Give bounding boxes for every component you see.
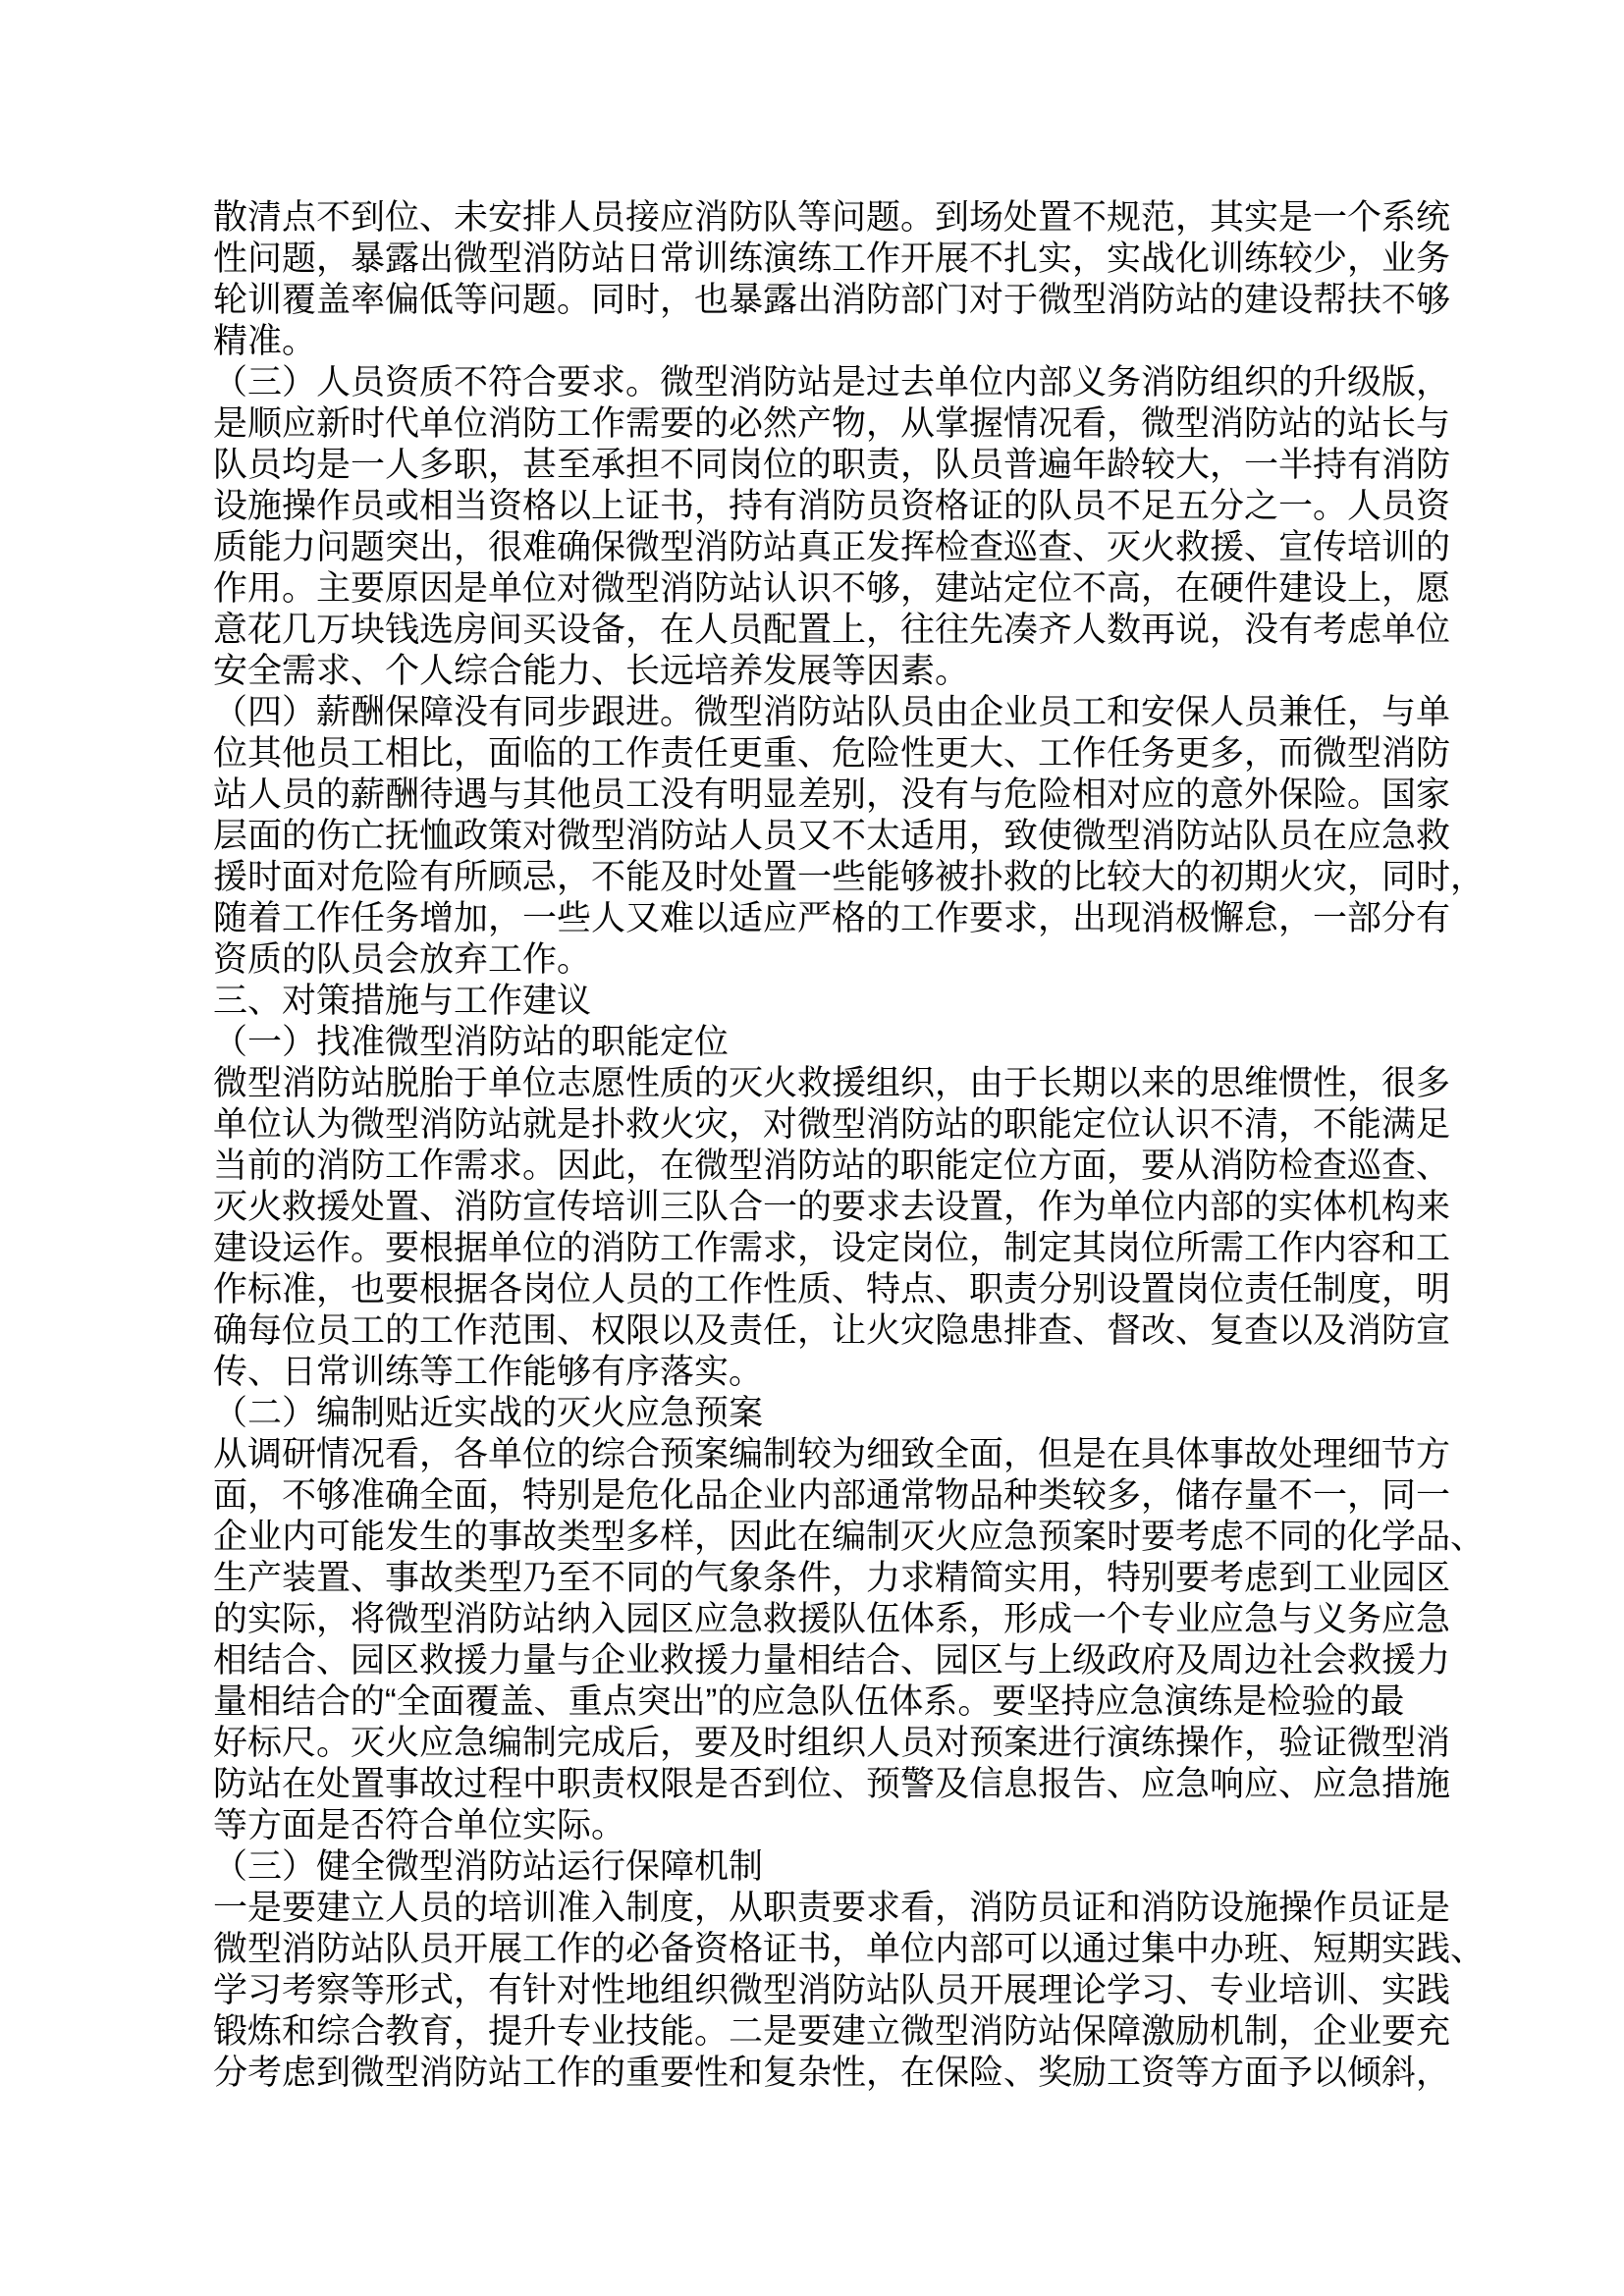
text-line: 设施操作员或相当资格以上证书，持有消防员资格证的队员不足五分之一。人员资 — [213, 486, 1460, 527]
text-line: 量相结合的“全面覆盖、重点突出”的应急队伍体系。要坚持应急演练是检验的最 — [213, 1682, 1460, 1723]
text-line: 面，不够准确全面，特别是危化品企业内部通常物品种类较多，储存量不一，同一 — [213, 1475, 1460, 1517]
text-line: （三）健全微型消防站运行保障机制 — [213, 1846, 1460, 1888]
text-line: 层面的伤亡抚恤政策对微型消防站人员又不太适用，致使微型消防站队员在应急救 — [213, 816, 1460, 857]
text-line: 性问题，暴露出微型消防站日常训练演练工作开展不扎实，实战化训练较少，业务 — [213, 239, 1460, 280]
text-line: 等方面是否符合单位实际。 — [213, 1805, 1460, 1846]
text-line: 传、日常训练等工作能够有序落实。 — [213, 1352, 1460, 1393]
text-line: 援时面对危险有所顾忌，不能及时处置一些能够被扑救的比较大的初期火灾，同时， — [213, 857, 1460, 898]
text-line: 精准。 — [213, 321, 1460, 362]
text-line: （四）薪酬保障没有同步跟进。微型消防站队员由企业员工和安保人员兼任，与单 — [213, 692, 1460, 733]
text-line: 资质的队员会放弃工作。 — [213, 939, 1460, 981]
text-line: 确每位员工的工作范围、权限以及责任，让火灾隐患排查、督改、复查以及消防宣 — [213, 1310, 1460, 1352]
text-line: 作用。主要原因是单位对微型消防站认识不够，建站定位不高，在硬件建设上，愿 — [213, 568, 1460, 610]
text-line: 灭火救援处置、消防宣传培训三队合一的要求去设置，作为单位内部的实体机构来 — [213, 1187, 1460, 1228]
text-line: 作标准，也要根据各岗位人员的工作性质、特点、职责分别设置岗位责任制度，明 — [213, 1269, 1460, 1310]
text-line: 轮训覆盖率偏低等问题。同时，也暴露出消防部门对于微型消防站的建设帮扶不够 — [213, 280, 1460, 321]
document-text-block: 散清点不到位、未安排人员接应消防队等问题。到场处置不规范，其实是一个系统性问题，… — [213, 197, 1460, 2094]
text-line: 锻炼和综合教育，提升专业技能。二是要建立微型消防站保障激励机制，企业要充 — [213, 2011, 1460, 2053]
text-line: 安全需求、个人综合能力、长远培养发展等因素。 — [213, 651, 1460, 692]
text-line: 是顺应新时代单位消防工作需要的必然产物，从掌握情况看，微型消防站的站长与 — [213, 403, 1460, 445]
text-line: 三、对策措施与工作建议 — [213, 981, 1460, 1022]
text-line: 当前的消防工作需求。因此，在微型消防站的职能定位方面，要从消防检查巡查、 — [213, 1146, 1460, 1187]
text-line: 站人员的薪酬待遇与其他员工没有明显差别，没有与危险相对应的意外保险。国家 — [213, 774, 1460, 816]
text-line: 学习考察等形式，有针对性地组织微型消防站队员开展理论学习、专业培训、实践 — [213, 1970, 1460, 2011]
text-line: 散清点不到位、未安排人员接应消防队等问题。到场处置不规范，其实是一个系统 — [213, 197, 1460, 239]
text-line: 防站在处置事故过程中职责权限是否到位、预警及信息报告、应急响应、应急措施 — [213, 1764, 1460, 1805]
text-line: 意花几万块钱选房间买设备，在人员配置上，往往先凑齐人数再说，没有考虑单位 — [213, 610, 1460, 651]
text-line: 分考虑到微型消防站工作的重要性和复杂性，在保险、奖励工资等方面予以倾斜， — [213, 2053, 1460, 2094]
text-line: 一是要建立人员的培训准入制度，从职责要求看，消防员证和消防设施操作员证是 — [213, 1888, 1460, 1929]
text-line: 微型消防站队员开展工作的必备资格证书，单位内部可以通过集中办班、短期实践、 — [213, 1929, 1460, 1970]
text-line: 生产装置、事故类型乃至不同的气象条件，力求精简实用，特别要考虑到工业园区 — [213, 1558, 1460, 1599]
text-line: 相结合、园区救援力量与企业救援力量相结合、园区与上级政府及周边社会救援力 — [213, 1640, 1460, 1682]
text-line: 好标尺。灭火应急编制完成后，要及时组织人员对预案进行演练操作，验证微型消 — [213, 1723, 1460, 1764]
document-page: 散清点不到位、未安排人员接应消防队等问题。到场处置不规范，其实是一个系统性问题，… — [0, 0, 1624, 2296]
text-line: 质能力问题突出，很难确保微型消防站真正发挥检查巡查、灭火救援、宣传培训的 — [213, 527, 1460, 568]
text-line: 队员均是一人多职，甚至承担不同岗位的职责，队员普遍年龄较大，一半持有消防 — [213, 445, 1460, 486]
text-line: 微型消防站脱胎于单位志愿性质的灭火救援组织，由于长期以来的思维惯性，很多 — [213, 1063, 1460, 1104]
text-line: （二）编制贴近实战的灭火应急预案 — [213, 1393, 1460, 1434]
text-line: （三）人员资质不符合要求。微型消防站是过去单位内部义务消防组织的升级版， — [213, 362, 1460, 403]
text-line: 从调研情况看，各单位的综合预案编制较为细致全面，但是在具体事故处理细节方 — [213, 1434, 1460, 1475]
text-line: 建设运作。要根据单位的消防工作需求，设定岗位，制定其岗位所需工作内容和工 — [213, 1228, 1460, 1269]
text-line: 位其他员工相比，面临的工作责任更重、危险性更大、工作任务更多，而微型消防 — [213, 733, 1460, 774]
text-line: 随着工作任务增加，一些人又难以适应严格的工作要求，出现消极懈怠，一部分有 — [213, 898, 1460, 939]
text-line: 单位认为微型消防站就是扑救火灾，对微型消防站的职能定位认识不清，不能满足 — [213, 1104, 1460, 1146]
text-line: 的实际，将微型消防站纳入园区应急救援队伍体系，形成一个专业应急与义务应急 — [213, 1599, 1460, 1640]
text-line: （一）找准微型消防站的职能定位 — [213, 1022, 1460, 1063]
text-line: 企业内可能发生的事故类型多样，因此在编制灭火应急预案时要考虑不同的化学品、 — [213, 1517, 1460, 1558]
